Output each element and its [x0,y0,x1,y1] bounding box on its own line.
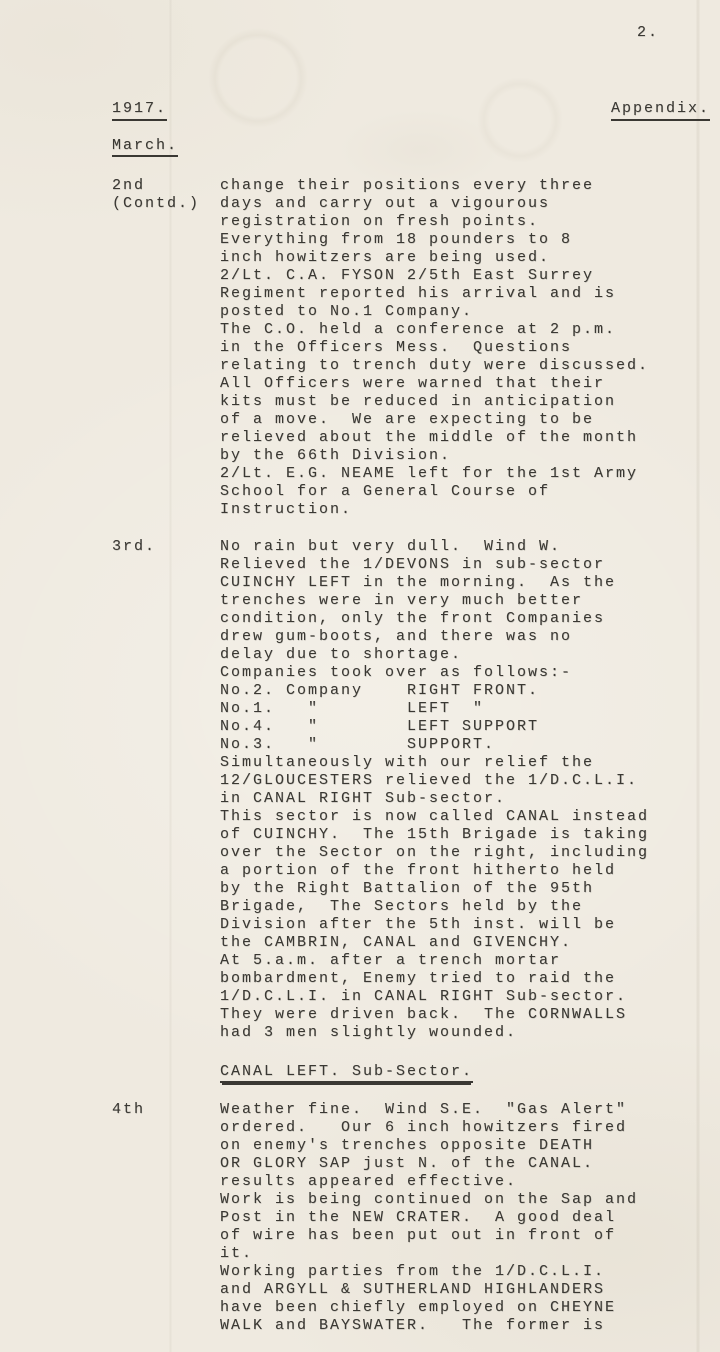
diary-entry-4th: 4th Weather fine. Wind S.E. "Gas Alert" … [112,1101,712,1335]
subsector-heading: CANAL LEFT. Sub-Sector. [220,1063,473,1083]
page-number: 2. [637,24,659,42]
diary-entry-3rd: 3rd. No rain but very dull. Wind W. Reli… [112,538,712,1042]
header-row: 1917. Appendix. [112,100,710,121]
month-heading: March. [112,137,178,157]
entry-date: 3rd. [112,538,220,556]
appendix-heading: Appendix. [611,100,710,121]
year-heading: 1917. [112,100,167,121]
entry-text: change their positions every three days … [220,177,712,519]
section-heading-row: CANAL LEFT. Sub-Sector. [112,1063,712,1081]
entry-date: 2nd (Contd.) [112,177,220,213]
document-page: 2. 1917. Appendix. March. 2nd (Contd.) c… [0,0,720,1352]
diary-entries: 2nd (Contd.) change their positions ever… [112,177,712,1335]
entry-text: Weather fine. Wind S.E. "Gas Alert" orde… [220,1101,712,1335]
entry-text: No rain but very dull. Wind W. Relieved … [220,538,712,1042]
diary-entry-2nd: 2nd (Contd.) change their positions ever… [112,177,712,519]
month-row: March. [112,137,178,155]
entry-date: 4th [112,1101,220,1119]
